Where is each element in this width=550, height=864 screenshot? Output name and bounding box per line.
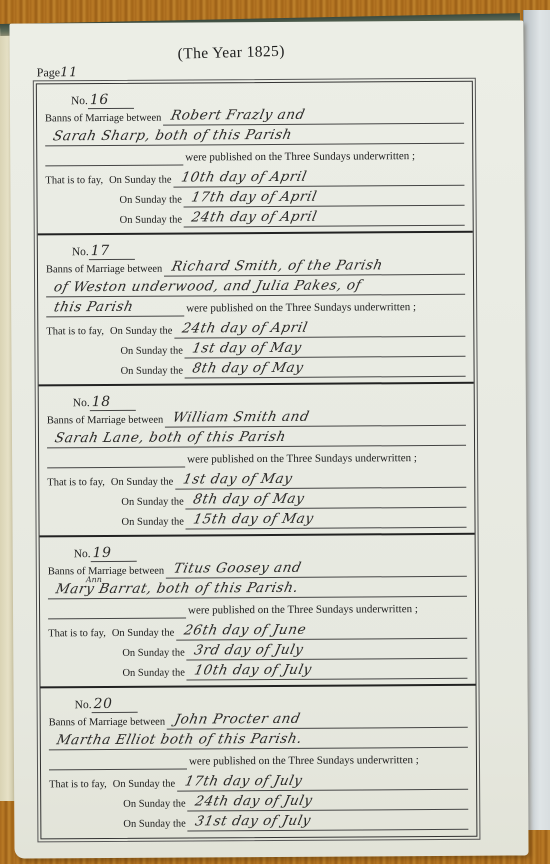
sunday-3-date: 31st day of July	[194, 813, 313, 830]
banns-line-3: were published on the Three Sundays unde…	[48, 597, 467, 620]
banns-entry: No.17 Banns of Marriage between Richard …	[38, 233, 474, 387]
on-sunday-label: On Sunday the	[109, 175, 172, 188]
banns-line-2: Sarah Lane, both of this Parish	[47, 426, 466, 449]
banns-line-2: Sarah Sharp, both of this Parish	[45, 124, 464, 147]
banns-line-1-field: John Procter and	[167, 708, 468, 730]
sunday-row-3: On Sunday the 15th day of May	[47, 508, 466, 531]
banns-entry: No.16 Banns of Marriage between Robert F…	[37, 82, 473, 236]
banns-line-1-field: Titus Goosey and	[166, 557, 467, 579]
sunday-row-1: That is to fay, On Sunday the 10th day o…	[45, 166, 464, 189]
on-sunday-label: On Sunday the	[120, 346, 183, 359]
that-is-to-say-label: That is to fay,	[49, 779, 107, 792]
sunday-3-date: 10th day of July	[193, 662, 314, 679]
banns-entry: No.18 Banns of Marriage between William …	[39, 384, 475, 538]
banns-line-3: were published on the Three Sundays unde…	[45, 144, 464, 167]
banns-between-label: Banns of Marriage between	[45, 113, 161, 127]
banns-line-1-field: Richard Smith, of the Parish	[164, 255, 465, 277]
sunday-row-2: On Sunday the 24th day of July	[49, 790, 468, 813]
banns-between-label: Banns of Marriage between	[46, 264, 162, 278]
sunday-3-field: 24th day of April	[184, 206, 465, 228]
sunday-1-field: 1st day of May	[175, 468, 466, 490]
sunday-2-field: 1st day of May	[185, 337, 466, 359]
sunday-3-field: 10th day of July	[187, 659, 468, 681]
banns-entry: No.20 Banns of Marriage between John Pro…	[41, 686, 477, 840]
banns-register-frame: No.16 Banns of Marriage between Robert F…	[36, 81, 478, 840]
banns-between-label: Banns of Marriage between	[47, 415, 163, 429]
banns-between-label: Banns of Marriage between	[49, 717, 165, 731]
banns-line-2-text: of Weston underwood, and Julia Pakes, of	[52, 277, 363, 295]
on-sunday-label: On Sunday the	[120, 195, 183, 208]
sunday-1-date: 1st day of May	[182, 471, 294, 488]
sunday-row-2: On Sunday the 17th day of April	[45, 186, 464, 209]
page-number: Page11	[37, 65, 78, 80]
banns-line-1-text: Richard Smith, of the Parish	[171, 257, 385, 274]
sunday-3-field: 31st day of July	[188, 810, 469, 832]
on-sunday-label: On Sunday the	[121, 497, 184, 510]
banns-line-1-field: William Smith and	[165, 406, 466, 428]
sunday-row-2: On Sunday the 8th day of May	[47, 488, 466, 511]
sunday-row-2: On Sunday the 1st day of May	[46, 337, 465, 360]
published-label: were published on the Three Sundays unde…	[187, 754, 419, 769]
published-label: were published on the Three Sundays unde…	[184, 301, 416, 316]
sunday-2-field: 24th day of July	[188, 790, 469, 812]
that-is-to-say-label: That is to fay,	[47, 477, 105, 490]
sunday-1-date: 10th day of April	[180, 169, 309, 186]
banns-line-2-field: Ann Mary Barrat, both of this Parish.	[48, 577, 467, 600]
banns-line-2: Martha Elliot both of this Parish.	[49, 728, 468, 751]
sunday-2-date: 3rd day of July	[193, 642, 305, 659]
sunday-2-date: 8th day of May	[192, 491, 306, 508]
sunday-2-date: 17th day of April	[190, 189, 319, 206]
banns-line-3: this Parish were published on the Three …	[46, 295, 465, 318]
on-sunday-label: On Sunday the	[123, 799, 186, 812]
on-sunday-label: On Sunday the	[121, 517, 184, 530]
sunday-2-date: 24th day of July	[194, 793, 315, 810]
sunday-2-date: 1st day of May	[191, 340, 303, 357]
on-sunday-label: On Sunday the	[120, 215, 183, 228]
on-sunday-label: On Sunday the	[123, 819, 186, 832]
banns-line-2-text: Sarah Lane, both of this Parish	[53, 429, 287, 446]
banns-line-3-field	[47, 448, 185, 469]
sunday-row-3: On Sunday the 24th day of April	[46, 206, 465, 229]
banns-line-1: Banns of Marriage between John Procter a…	[49, 708, 468, 731]
banns-between-label: Banns of Marriage between	[48, 566, 164, 580]
banns-line-2-field: Sarah Lane, both of this Parish	[47, 426, 466, 449]
published-label: were published on the Three Sundays unde…	[183, 150, 415, 165]
on-sunday-label: On Sunday the	[111, 477, 174, 490]
on-sunday-label: On Sunday the	[112, 628, 175, 641]
page-label-text: Page	[37, 65, 60, 79]
banns-line-1: Banns of Marriage between Titus Goosey a…	[48, 557, 467, 580]
that-is-to-say-label: That is to fay,	[46, 326, 104, 339]
banns-line-2: of Weston underwood, and Julia Pakes, of	[46, 275, 465, 298]
banns-line-2: Ann Mary Barrat, both of this Parish.	[48, 577, 467, 600]
year-heading: (The Year 1825)	[177, 43, 285, 64]
sunday-3-field: 8th day of May	[185, 357, 466, 379]
register-page: (The Year 1825) Page11 No.16 Banns of Ma…	[9, 20, 528, 858]
sunday-3-field: 15th day of May	[186, 508, 467, 530]
sunday-3-date: 8th day of May	[191, 360, 305, 377]
sunday-1-date: 24th day of April	[181, 320, 310, 337]
on-sunday-label: On Sunday the	[110, 326, 173, 339]
sunday-3-date: 15th day of May	[192, 511, 315, 528]
banns-line-3-field: this Parish	[46, 297, 184, 318]
on-sunday-label: On Sunday the	[122, 648, 185, 661]
banns-line-3-field	[48, 599, 186, 620]
sunday-row-1: That is to fay, On Sunday the 26th day o…	[48, 619, 467, 642]
sunday-row-3: On Sunday the 10th day of July	[48, 659, 467, 682]
banns-line-1-text: John Procter and	[173, 711, 302, 728]
banns-line-1: Banns of Marriage between Robert Frazly …	[45, 104, 464, 127]
banns-line-2-field: Martha Elliot both of this Parish.	[49, 728, 468, 751]
banns-line-1: Banns of Marriage between William Smith …	[47, 406, 466, 429]
banns-line-3-field	[49, 750, 187, 771]
sunday-1-date: 26th day of June	[183, 622, 308, 639]
sunday-1-field: 10th day of April	[173, 166, 464, 188]
sunday-3-date: 24th day of April	[190, 209, 319, 226]
sunday-row-3: On Sunday the 8th day of May	[47, 357, 466, 380]
banns-line-2-field: of Weston underwood, and Julia Pakes, of	[46, 275, 465, 298]
sunday-row-1: That is to fay, On Sunday the 1st day of…	[47, 468, 466, 491]
banns-entry: No.19 Banns of Marriage between Titus Go…	[40, 535, 476, 689]
banns-line-1-field: Robert Frazly and	[163, 104, 464, 126]
that-is-to-say-label: That is to fay,	[45, 175, 103, 188]
published-label: were published on the Three Sundays unde…	[185, 452, 417, 467]
published-label: were published on the Three Sundays unde…	[186, 603, 418, 618]
sunday-1-field: 17th day of July	[177, 770, 468, 792]
banns-line-1-text: William Smith and	[172, 409, 312, 426]
banns-line-3: were published on the Three Sundays unde…	[49, 748, 468, 771]
banns-line-2-text: Mary Barrat, both of this Parish.	[54, 580, 300, 598]
banns-line-1-text: Robert Frazly and	[170, 107, 307, 124]
banns-line-2-text: Sarah Sharp, both of this Parish	[51, 127, 293, 144]
sunday-1-field: 26th day of June	[176, 619, 467, 641]
sunday-2-field: 8th day of May	[186, 488, 467, 510]
banns-line-2-text: Martha Elliot both of this Parish.	[55, 731, 304, 749]
page-number-value: 11	[60, 65, 78, 80]
that-is-to-say-label: That is to fay,	[48, 628, 106, 641]
banns-line-3: were published on the Three Sundays unde…	[47, 446, 466, 469]
on-sunday-label: On Sunday the	[113, 779, 176, 792]
sunday-row-1: That is to fay, On Sunday the 17th day o…	[49, 770, 468, 793]
on-sunday-label: On Sunday the	[122, 668, 185, 681]
banns-line-1-text: Titus Goosey and	[172, 560, 303, 577]
sunday-1-date: 17th day of July	[183, 773, 304, 790]
banns-line-2-field: Sarah Sharp, both of this Parish	[45, 124, 464, 147]
sunday-1-field: 24th day of April	[174, 317, 465, 339]
banns-line-3-text: this Parish	[53, 299, 135, 316]
banns-line-3-field	[45, 146, 183, 167]
sunday-row-1: That is to fay, On Sunday the 24th day o…	[46, 317, 465, 340]
sunday-row-3: On Sunday the 31st day of July	[49, 810, 468, 833]
banns-line-1: Banns of Marriage between Richard Smith,…	[46, 255, 465, 278]
sunday-2-field: 17th day of April	[184, 186, 465, 208]
sunday-2-field: 3rd day of July	[187, 639, 468, 661]
on-sunday-label: On Sunday the	[121, 366, 184, 379]
sunday-row-2: On Sunday the 3rd day of July	[48, 639, 467, 662]
